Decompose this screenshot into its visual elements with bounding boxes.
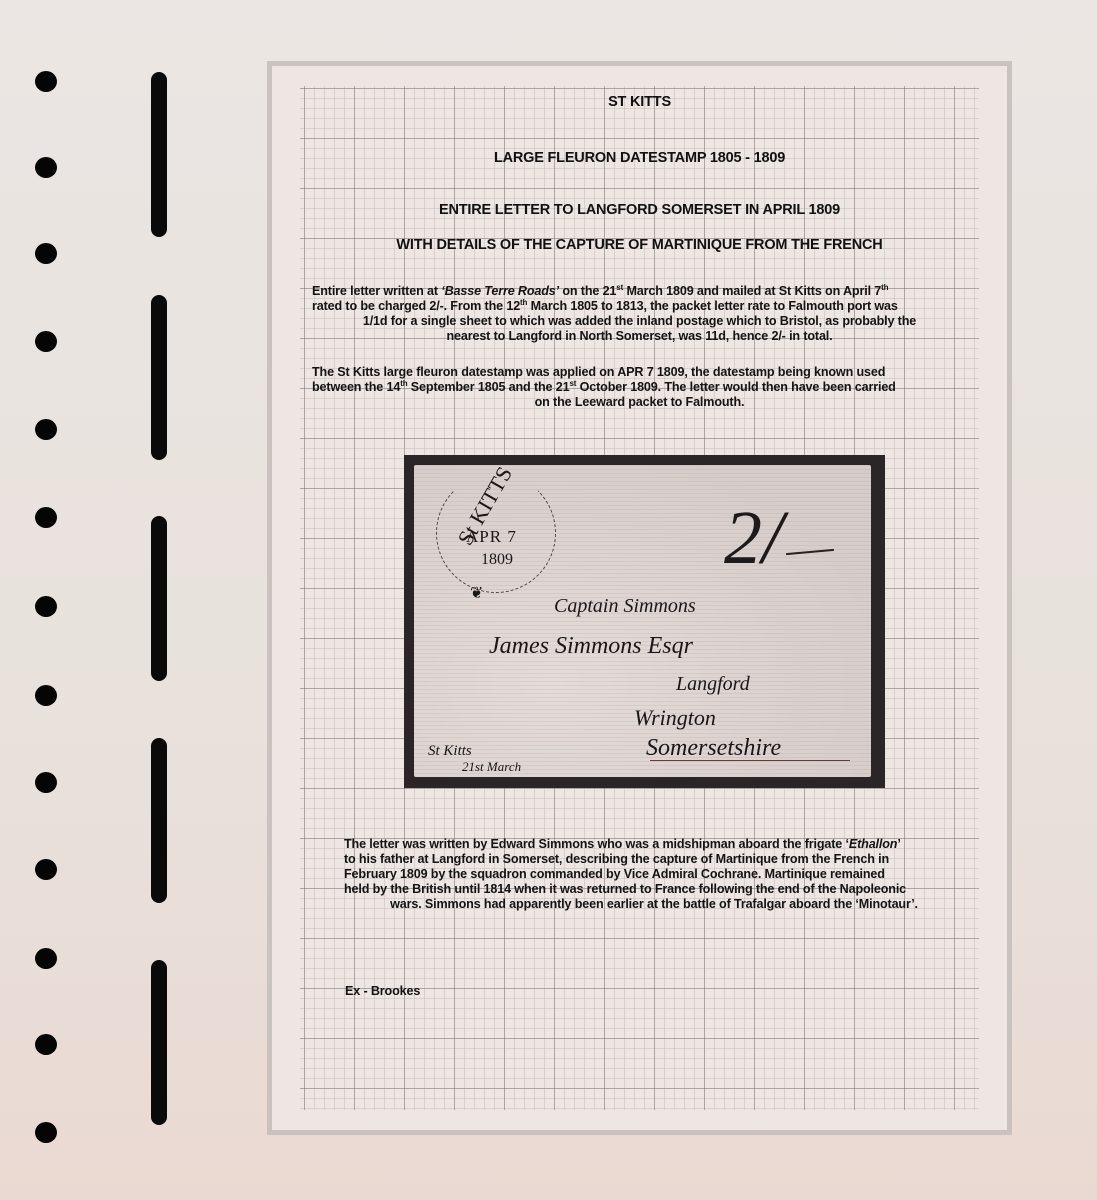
binder-hole	[35, 1122, 57, 1143]
paragraph-datestamp: The St Kitts large fleuron datestamp was…	[312, 365, 967, 410]
datestamp-year: 1809	[481, 551, 513, 569]
docket-line-2: 21st March	[462, 759, 521, 775]
page-title: ST KITTS	[272, 94, 1007, 110]
binder-hole	[35, 685, 57, 706]
cover-mount: St KITTS APR 7 1809 ❦ 2/ Captain Simmons…	[404, 455, 885, 788]
address-line-1: Captain Simmons	[554, 595, 696, 618]
binder-slot	[151, 516, 167, 681]
address-line-4: Wrington	[634, 705, 716, 731]
rate-mark: 2/	[724, 495, 783, 582]
paragraph-history: The letter was written by Edward Simmons…	[344, 837, 964, 912]
heading-entire-letter: ENTIRE LETTER TO LANGFORD SOMERSET IN AP…	[272, 202, 1007, 218]
binder-hole	[35, 419, 57, 440]
rate-mark-dash	[786, 549, 834, 555]
binder-slot	[151, 72, 167, 237]
entire-letter-cover: St KITTS APR 7 1809 ❦ 2/ Captain Simmons…	[414, 465, 871, 777]
album-page: ST KITTS LARGE FLEURON DATESTAMP 1805 - …	[267, 61, 1012, 1135]
binder-slot	[151, 738, 167, 903]
address-line-5: Somersetshire	[646, 735, 781, 762]
heading-martinique: WITH DETAILS OF THE CAPTURE OF MARTINIQU…	[272, 237, 1007, 253]
binder-hole	[35, 507, 57, 528]
binder-hole	[35, 71, 57, 92]
binder-hole	[35, 948, 57, 969]
binder-hole	[35, 596, 57, 617]
binder-hole	[35, 859, 57, 880]
fleuron-ornament-icon: ❦	[470, 583, 483, 603]
address-underline	[650, 760, 850, 761]
binder-slot	[151, 960, 167, 1125]
page-subtitle: LARGE FLEURON DATESTAMP 1805 - 1809	[272, 150, 1007, 166]
address-line-3: Langford	[676, 673, 750, 696]
paragraph-letter-details: Entire letter written at ‘Basse Terre Ro…	[312, 284, 967, 344]
binder-hole	[35, 243, 57, 264]
docket-line-1: St Kitts	[428, 743, 472, 760]
binder-hole	[35, 331, 57, 352]
address-line-2: James Simmons Esqr	[489, 633, 693, 660]
binder-hole	[35, 157, 57, 178]
datestamp-date: APR 7	[466, 527, 517, 547]
binder-slot	[151, 295, 167, 460]
provenance: Ex - Brookes	[345, 984, 420, 999]
binder-hole	[35, 1034, 57, 1055]
binder-hole	[35, 772, 57, 793]
